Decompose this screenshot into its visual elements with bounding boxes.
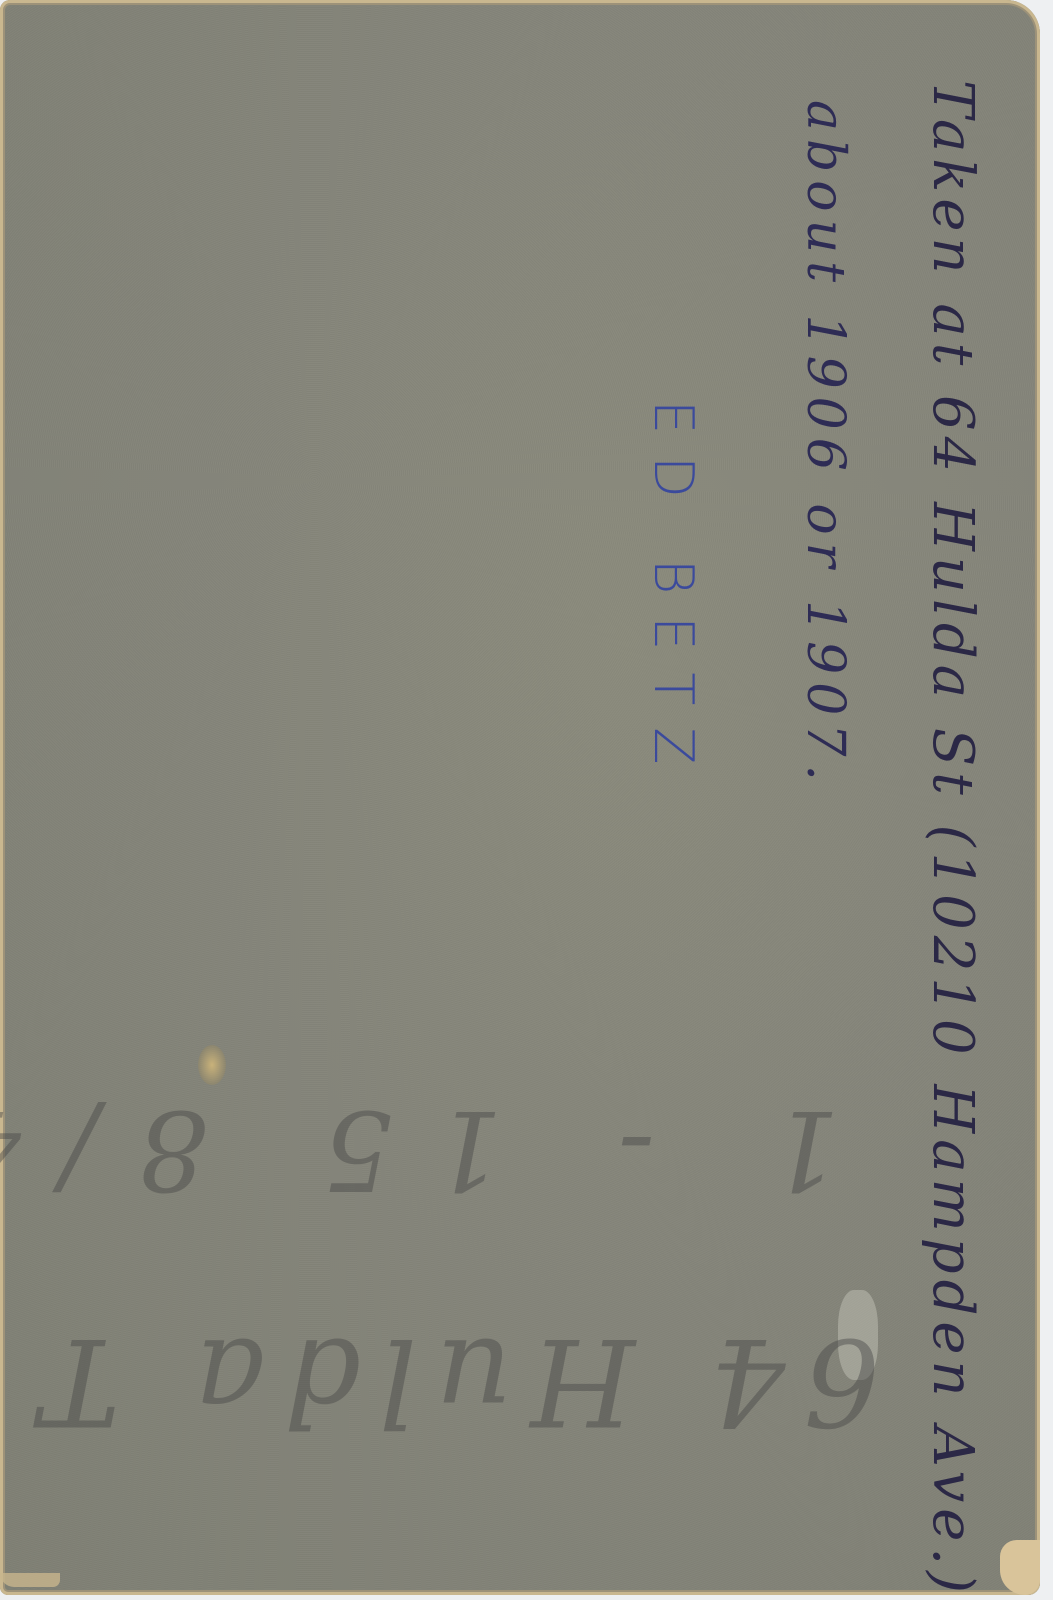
handwritten-name: ED BETZ	[642, 400, 705, 786]
worn-edge	[0, 1573, 60, 1587]
worn-corner	[1000, 1540, 1040, 1595]
handwritten-location: Taken at 64 Hulda St (10210 Hampden Ave.…	[920, 80, 985, 1599]
handwritten-date: about 1906 or 1907.	[795, 100, 855, 789]
photo-card-back: Taken at 64 Hulda St (10210 Hampden Ave.…	[0, 0, 1040, 1595]
pencil-note-numbers: 1 - 15 8/4	[120, 1070, 840, 1230]
pencil-note-address: 64 Hulda T	[80, 1300, 880, 1460]
